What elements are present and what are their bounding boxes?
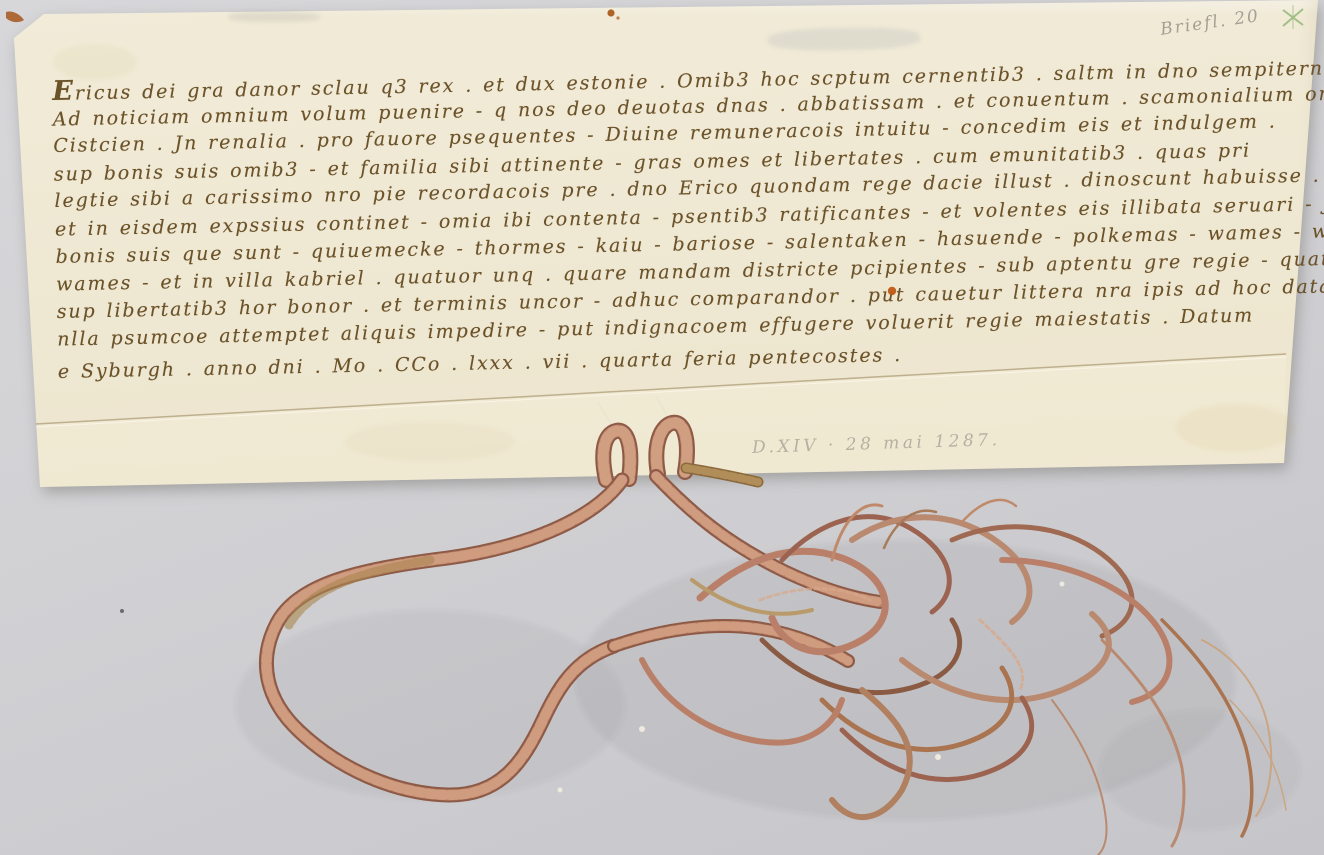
manuscript-text: Ericus dei gra danor sclau q3 rex . et d… bbox=[52, 53, 1308, 387]
pencil-showthrough bbox=[228, 12, 320, 22]
photo-stage: Ericus dei gra danor sclau q3 rex . et d… bbox=[0, 0, 1324, 855]
